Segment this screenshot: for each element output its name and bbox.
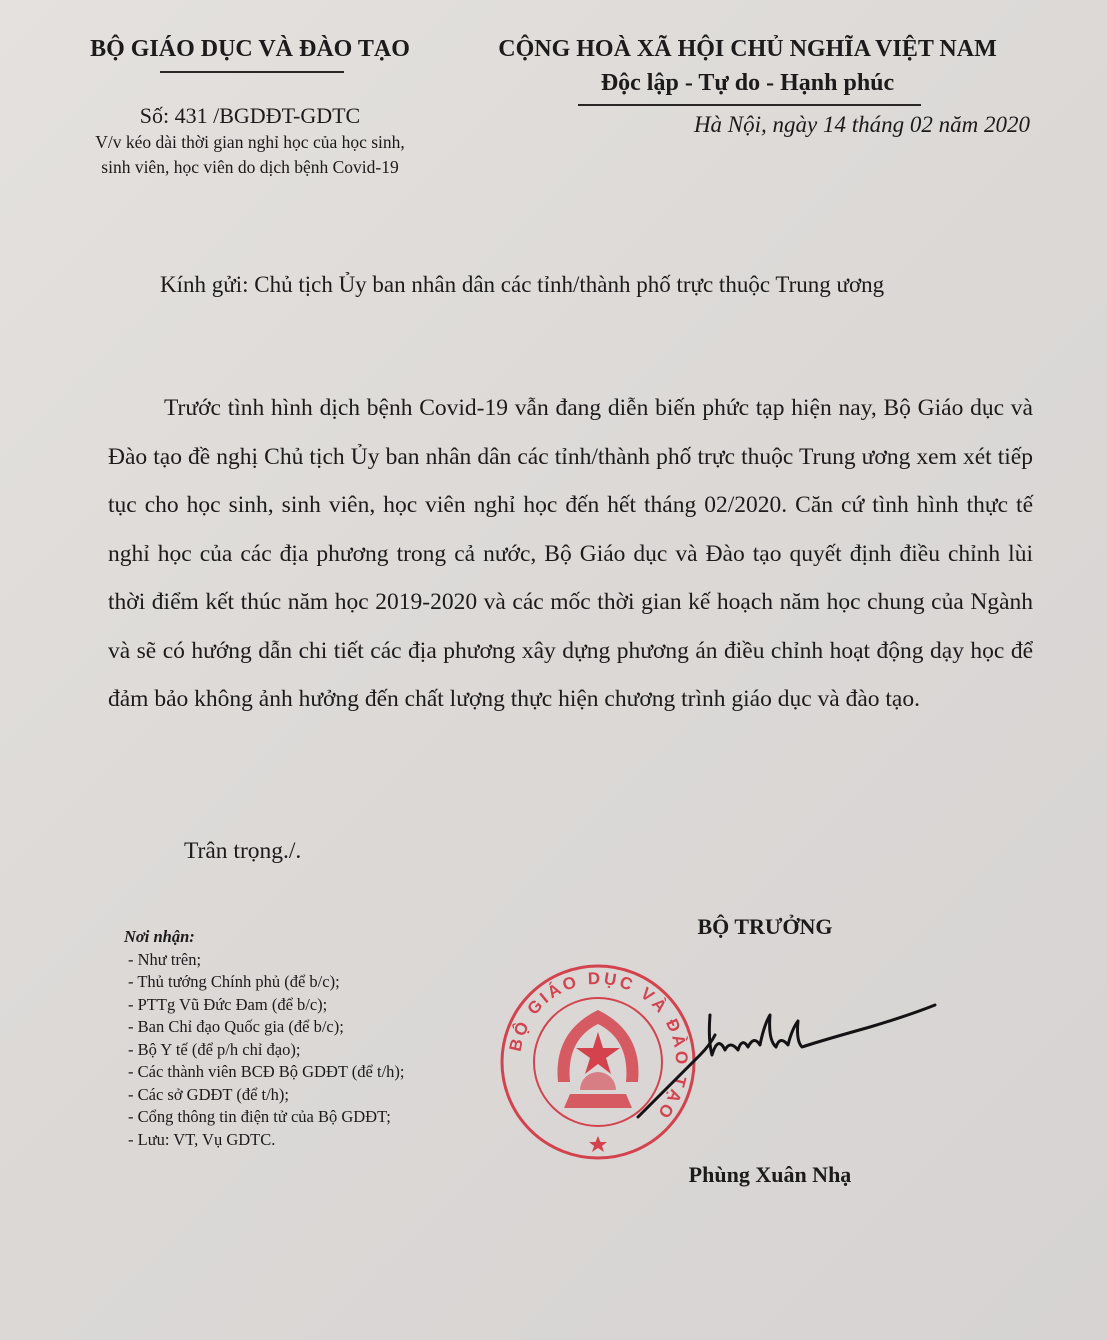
recipients-list: Nơi nhận: - Như trên; - Thủ tướng Chính …	[124, 926, 504, 1151]
letter-body: Trước tình hình dịch bệnh Covid-19 vẫn đ…	[108, 384, 1033, 724]
signer-name: Phùng Xuân Nhạ	[660, 1162, 880, 1188]
motto-underline	[578, 104, 921, 106]
body-paragraph: Trước tình hình dịch bệnh Covid-19 vẫn đ…	[108, 384, 1033, 724]
recipients-label: Nơi nhận:	[124, 926, 504, 949]
subject-line: sinh viên, học viên do dịch bệnh Covid-1…	[40, 155, 460, 180]
recipient-item: - Như trên;	[124, 949, 504, 972]
document-number: Số: 431 /BGDĐT-GDTC	[40, 103, 460, 129]
national-title: CỘNG HOÀ XÃ HỘI CHỦ NGHĨA VIỆT NAM	[460, 36, 1035, 63]
recipient-item: - Cổng thông tin điện tử của Bộ GDĐT;	[124, 1106, 504, 1129]
issuing-ministry: BỘ GIÁO DỤC VÀ ĐÀO TẠO	[40, 36, 460, 63]
recipient-item: - Bộ Y tế (để p/h chỉ đạo);	[124, 1039, 504, 1062]
closing-phrase: Trân trọng./.	[184, 838, 301, 865]
recipient-item: - Thủ tướng Chính phủ (để b/c);	[124, 971, 504, 994]
addressee: Kính gửi: Chủ tịch Ủy ban nhân dân các t…	[160, 272, 1040, 298]
recipient-item: - PTTg Vũ Đức Đam (để b/c);	[124, 994, 504, 1017]
handwritten-signature-icon	[630, 995, 940, 1125]
recipient-item: - Các thành viên BCĐ Bộ GDĐT (để t/h);	[124, 1061, 504, 1084]
national-motto: Độc lập - Tự do - Hạnh phúc	[460, 70, 1035, 97]
recipient-item: - Ban Chỉ đạo Quốc gia (để b/c);	[124, 1016, 504, 1039]
subject-line: V/v kéo dài thời gian nghỉ học của học s…	[40, 130, 460, 155]
recipient-item: - Các sở GDĐT (để t/h);	[124, 1084, 504, 1107]
recipient-item: - Lưu: VT, Vụ GDTC.	[124, 1129, 504, 1152]
ministry-underline	[160, 71, 344, 73]
signer-title: BỘ TRƯỞNG	[640, 914, 890, 940]
place-and-date: Hà Nội, ngày 14 tháng 02 năm 2020	[600, 112, 1030, 138]
document-subject: V/v kéo dài thời gian nghỉ học của học s…	[40, 130, 460, 180]
